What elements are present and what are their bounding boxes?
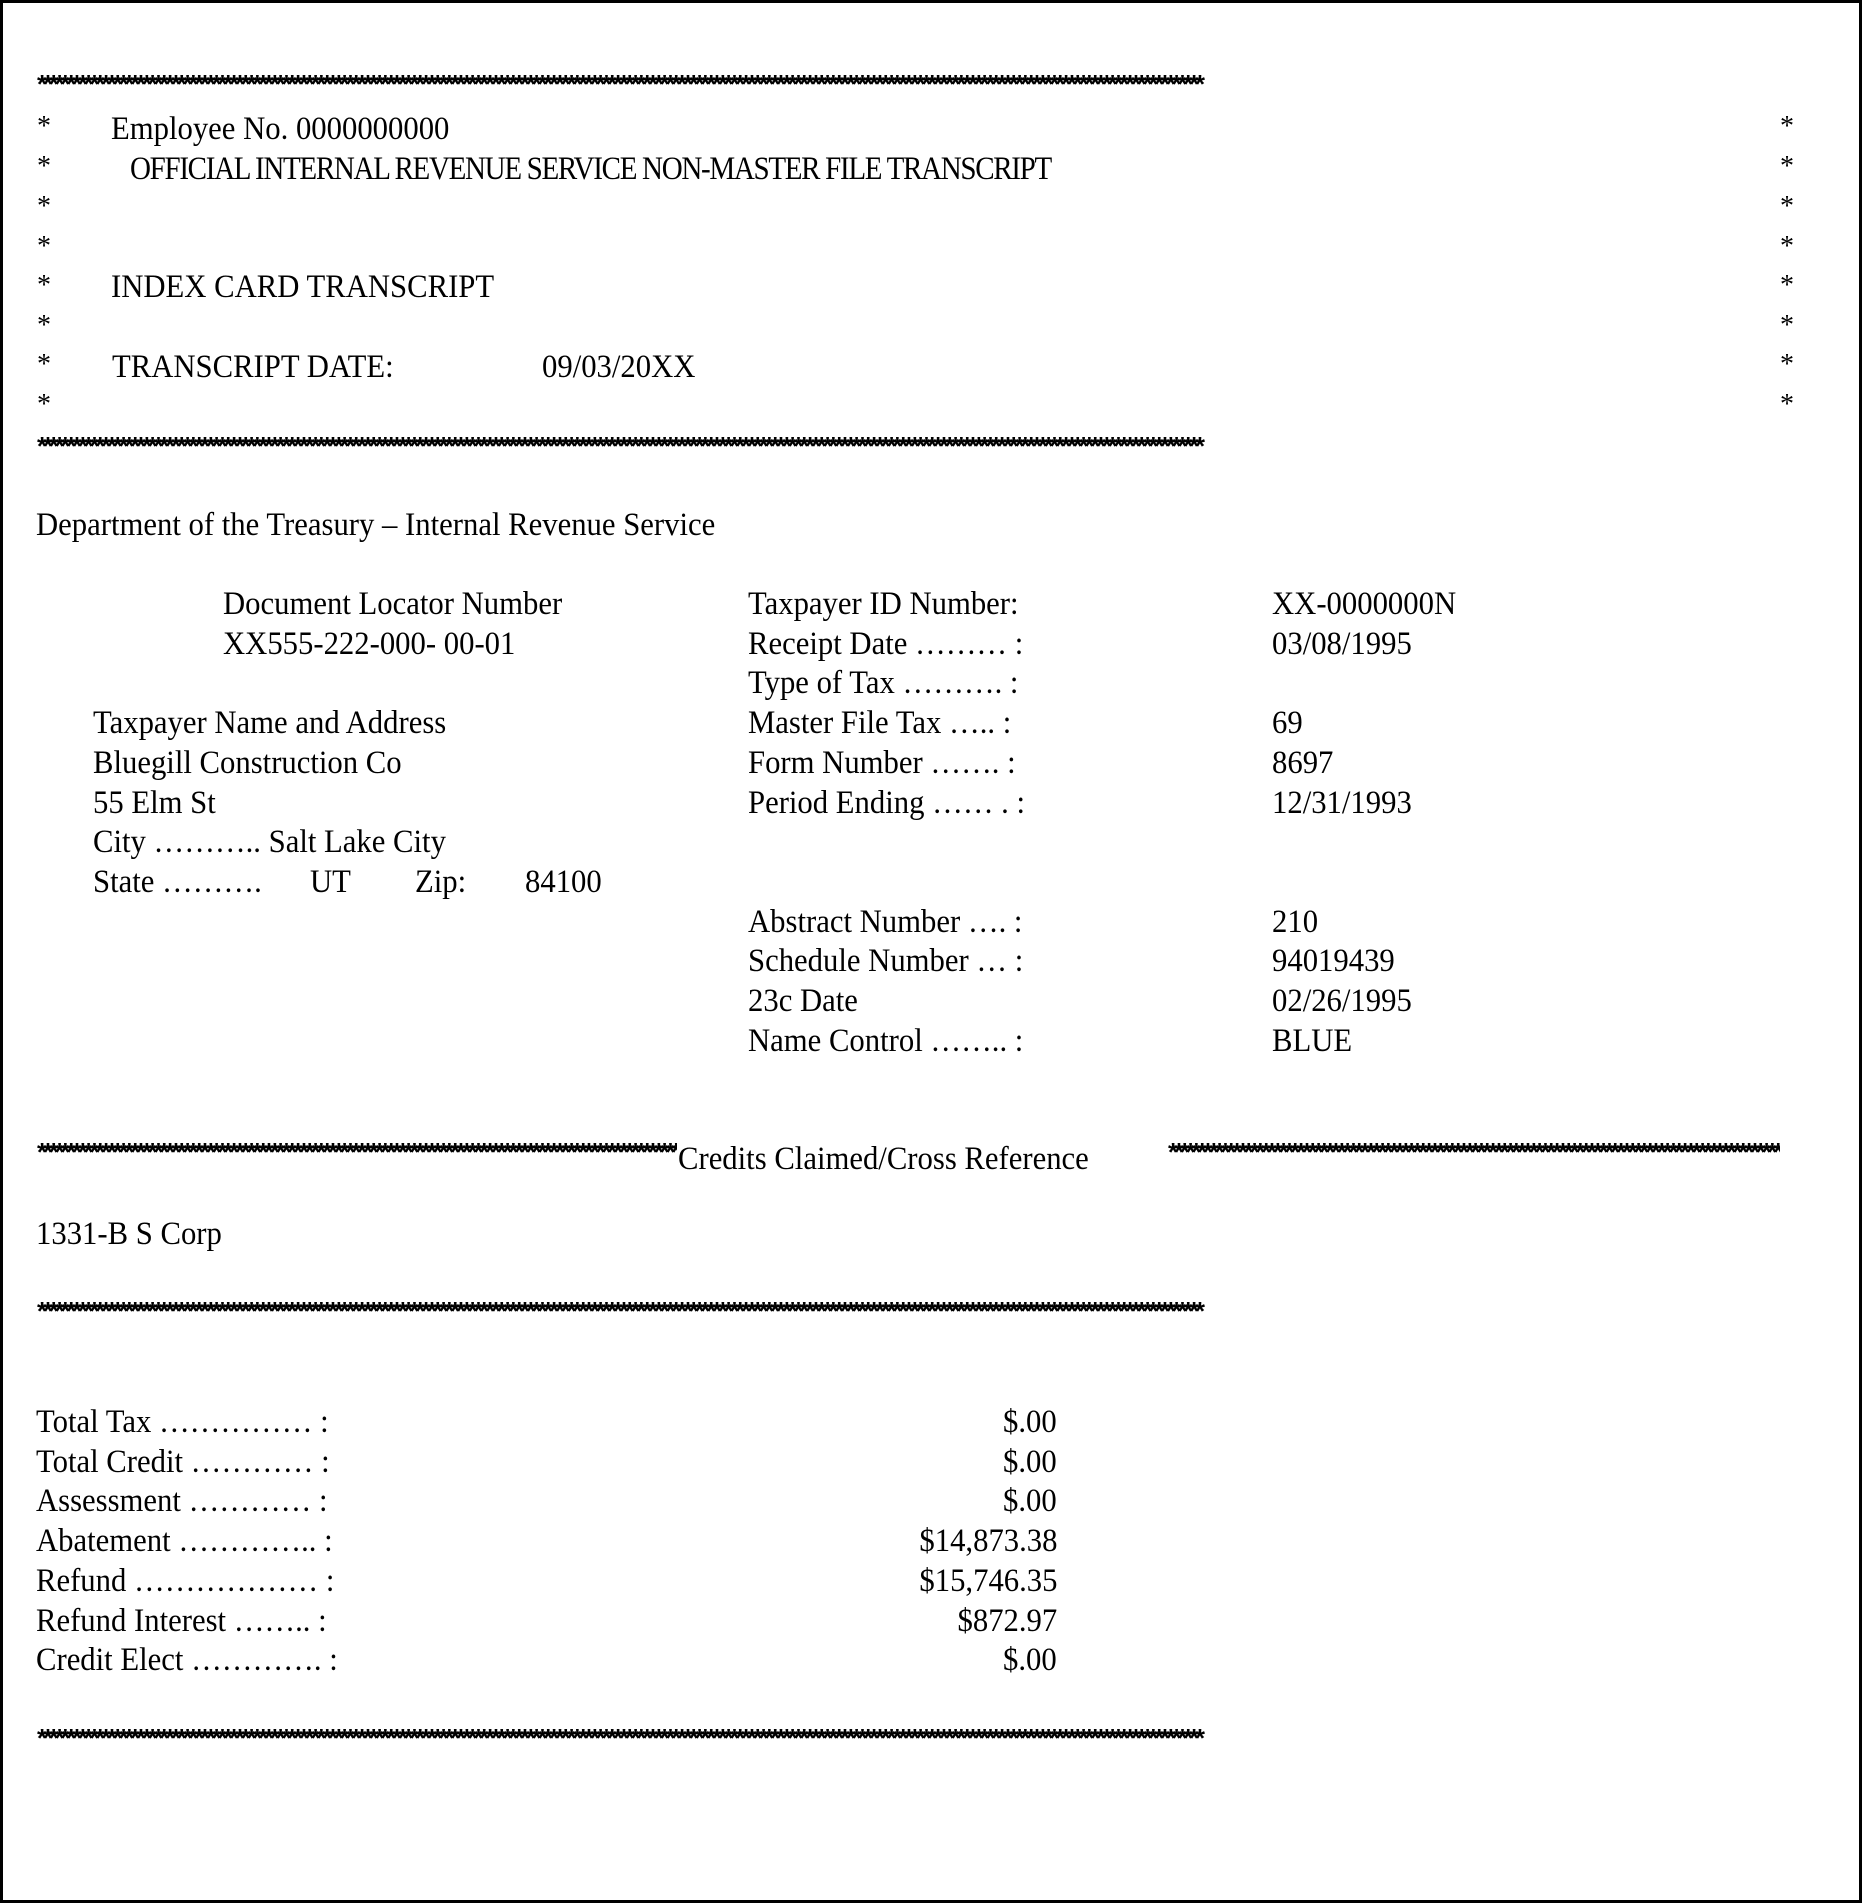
- agency-name: Department of the Treasury – Internal Re…: [36, 509, 715, 542]
- total-label: Assessment ………… :: [36, 1485, 328, 1518]
- credits-entry: 1331-B S Corp: [36, 1218, 222, 1251]
- taxpayer-state-label: State ……….: [93, 866, 262, 899]
- transcript-page: ****************************************…: [0, 0, 1862, 1903]
- total-value: $.00: [1003, 1446, 1057, 1479]
- border-asterisk: *: [37, 312, 51, 340]
- total-value: $.00: [1003, 1406, 1057, 1439]
- total-label: Credit Elect …………. :: [36, 1644, 338, 1677]
- field-label: 23c Date: [748, 985, 858, 1018]
- border-asterisk: *: [1780, 351, 1794, 379]
- transcript-date-label: TRANSCRIPT DATE:: [112, 351, 394, 384]
- field-value: 210: [1272, 906, 1318, 939]
- transcript-subtitle: INDEX CARD TRANSCRIPT: [111, 271, 494, 304]
- taxpayer-state: UT: [310, 866, 351, 899]
- total-label: Total Credit ………… :: [36, 1446, 330, 1479]
- dln-value: XX555-222-000- 00-01: [223, 628, 515, 661]
- border-asterisk: *: [37, 351, 51, 379]
- star-divider-credits-bottom: ****************************************…: [37, 1298, 1772, 1324]
- star-divider-credits-left: ****************************************…: [37, 1139, 677, 1165]
- border-asterisk: *: [1780, 233, 1794, 261]
- total-label: Total Tax …………… :: [36, 1406, 329, 1439]
- border-asterisk: *: [1780, 272, 1794, 300]
- field-label: Name Control …….. :: [748, 1025, 1023, 1058]
- field-label: Form Number ……. :: [748, 747, 1016, 780]
- taxpayer-zip: 84100: [525, 866, 602, 899]
- star-divider-header-bottom: ****************************************…: [37, 433, 1787, 459]
- field-value: 8697: [1272, 747, 1333, 780]
- border-asterisk: *: [37, 153, 51, 181]
- taxpayer-name: Bluegill Construction Co: [93, 747, 402, 780]
- field-label: Receipt Date ……… :: [748, 628, 1023, 661]
- border-asterisk: *: [1780, 153, 1794, 181]
- border-asterisk: *: [37, 233, 51, 261]
- field-label: Master File Tax ….. :: [748, 707, 1011, 740]
- transcript-date-value: 09/03/20XX: [542, 351, 695, 384]
- field-value: 69: [1272, 707, 1303, 740]
- border-asterisk: *: [37, 391, 51, 419]
- taxpayer-zip-label: Zip:: [415, 866, 466, 899]
- total-value: $14,873.38: [919, 1525, 1057, 1558]
- credits-heading: Credits Claimed/Cross Reference: [678, 1143, 1089, 1176]
- taxpayer-city: City ……….. Salt Lake City: [93, 826, 446, 859]
- field-value: XX-0000000N: [1272, 588, 1456, 621]
- field-label: Period Ending …… . :: [748, 787, 1025, 820]
- field-value: 12/31/1993: [1272, 787, 1412, 820]
- border-asterisk: *: [1780, 391, 1794, 419]
- field-value: 94019439: [1272, 945, 1395, 978]
- total-label: Abatement ………….. :: [36, 1525, 333, 1558]
- field-value: 02/26/1995: [1272, 985, 1412, 1018]
- field-value: 03/08/1995: [1272, 628, 1412, 661]
- field-label: Schedule Number … :: [748, 945, 1023, 978]
- total-value: $.00: [1003, 1644, 1057, 1677]
- transcript-title: OFFICIAL INTERNAL REVENUE SERVICE NON-MA…: [130, 153, 1051, 186]
- star-divider-bottom: ****************************************…: [37, 1725, 1772, 1751]
- total-value: $872.97: [957, 1605, 1057, 1638]
- total-value: $.00: [1003, 1485, 1057, 1518]
- border-asterisk: *: [37, 193, 51, 221]
- dln-label: Document Locator Number: [223, 588, 562, 621]
- star-divider-top: ****************************************…: [37, 71, 1787, 97]
- total-value: $15,746.35: [919, 1565, 1057, 1598]
- field-label: Abstract Number …. :: [748, 906, 1022, 939]
- field-label: Taxpayer ID Number:: [748, 588, 1019, 621]
- field-value: BLUE: [1272, 1025, 1352, 1058]
- taxpayer-heading: Taxpayer Name and Address: [93, 707, 446, 740]
- border-asterisk: *: [1780, 312, 1794, 340]
- field-label: Type of Tax ………. :: [748, 667, 1018, 700]
- border-asterisk: *: [37, 113, 51, 141]
- border-asterisk: *: [1780, 113, 1794, 141]
- taxpayer-street: 55 Elm St: [93, 787, 216, 820]
- total-label: Refund ……………… :: [36, 1565, 334, 1598]
- star-divider-credits-right: ****************************************…: [1168, 1139, 1780, 1165]
- total-label: Refund Interest …….. :: [36, 1605, 327, 1638]
- employee-number: Employee No. 0000000000: [111, 113, 449, 146]
- border-asterisk: *: [1780, 193, 1794, 221]
- border-asterisk: *: [37, 272, 51, 300]
